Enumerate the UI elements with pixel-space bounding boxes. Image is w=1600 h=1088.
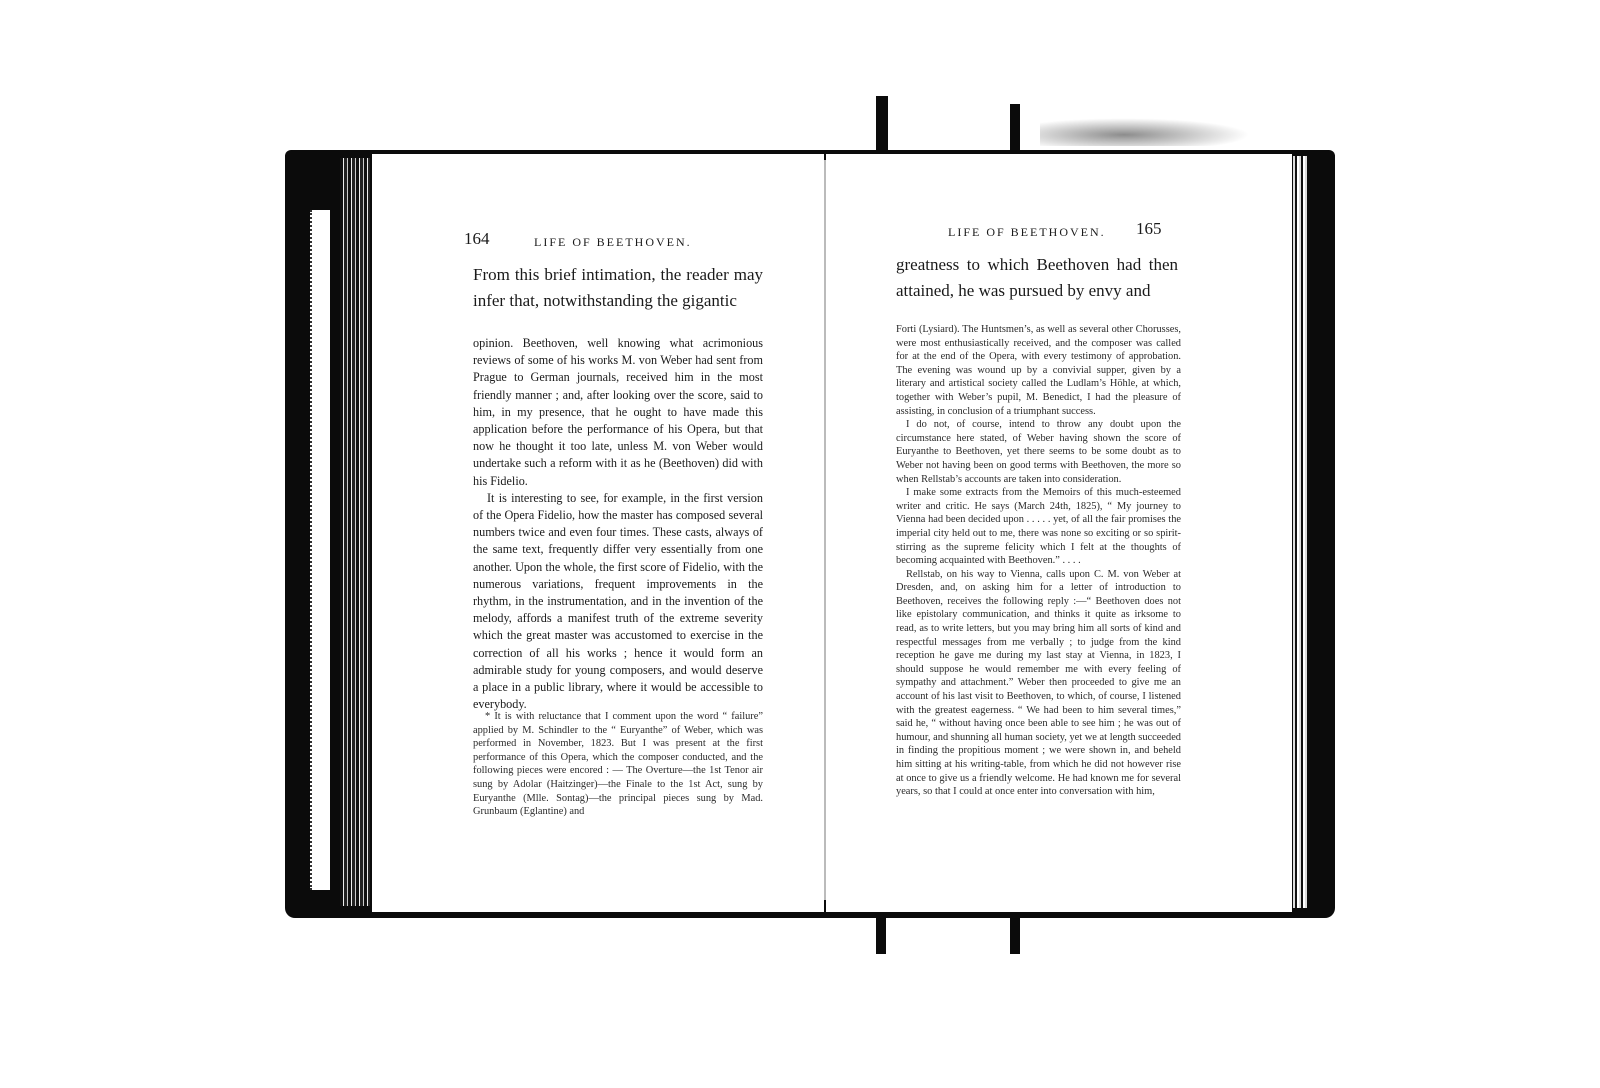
page-stack-right: [1293, 156, 1307, 908]
clip-top-right: [1010, 104, 1020, 156]
running-head-right: LIFE OF BEETHOVEN.: [948, 225, 1106, 240]
clip-bottom-left: [876, 910, 886, 954]
footnote-paragraph: I do not, of course, intend to throw any…: [896, 418, 1181, 486]
clip-bottom-right: [1010, 910, 1020, 954]
running-head-left: LIFE OF BEETHOVEN.: [534, 235, 692, 250]
cover-edge: [310, 210, 330, 890]
page-number-right: 165: [1136, 219, 1162, 239]
body-text-left: opinion. Beethoven, well knowing what ac…: [473, 335, 763, 713]
book-gutter: [824, 160, 826, 900]
lead-text-left: From this brief intimation, the reader m…: [473, 262, 763, 314]
clip-top-left: [876, 96, 888, 156]
footnote-paragraph: Forti (Lysiard). The Huntsmen’s, as well…: [896, 323, 1181, 418]
page-stack-left: [340, 158, 370, 906]
scan-smudge: [1040, 118, 1250, 146]
page-number-left: 164: [464, 229, 490, 249]
footnote-right: Forti (Lysiard). The Huntsmen’s, as well…: [896, 323, 1181, 799]
paragraph: It is interesting to see, for example, i…: [473, 490, 763, 714]
footnote-left: * It is with reluctance that I comment u…: [473, 710, 763, 819]
lead-text-right: greatness to which Beethoven had then at…: [896, 252, 1178, 304]
paragraph: opinion. Beethoven, well knowing what ac…: [473, 335, 763, 490]
footnote-paragraph: I make some extracts from the Memoirs of…: [896, 486, 1181, 568]
footnote-text: * It is with reluctance that I comment u…: [473, 710, 763, 819]
footnote-paragraph: Rellstab, on his way to Vienna, calls up…: [896, 568, 1181, 799]
